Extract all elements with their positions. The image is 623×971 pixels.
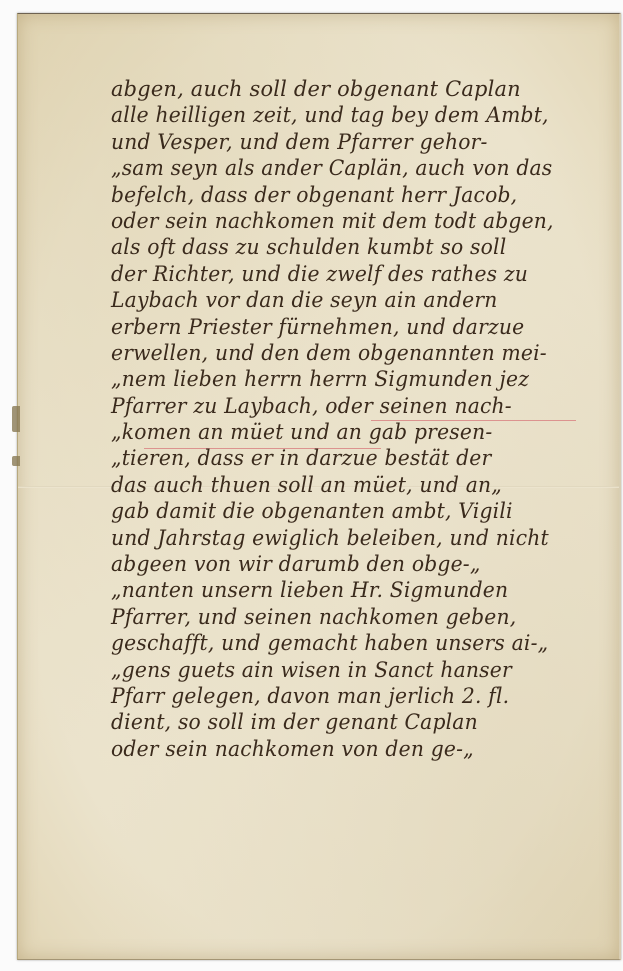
edge-tear-mark: [12, 456, 20, 466]
text-line: das auch thuen soll an müet, und an„: [111, 472, 599, 498]
text-line: Pfarr gelegen, davon man jerlich 2. fl.: [111, 683, 599, 709]
text-line: befelch, dass der obgenant herr Jacob,: [111, 182, 599, 208]
text-line: dient, so soll im der genant Caplan: [111, 709, 599, 735]
text-line: Laybach vor dan die seyn ain andern: [111, 287, 599, 313]
text-line: gab damit die obgenanten ambt, Vigili: [111, 498, 599, 524]
text-line: „sam seyn als ander Caplän, auch von das: [111, 155, 599, 181]
text-line: abgeen von wir darumb den obge-„: [111, 551, 599, 577]
text-line: „nem lieben herrn herrn Sigmunden jez: [111, 366, 599, 392]
text-line: Pfarrer zu Laybach, oder seinen nach-: [111, 393, 599, 419]
edge-tear-mark: [12, 406, 20, 432]
text-line: „komen an müet und an gab presen-: [111, 419, 599, 445]
text-line: erwellen, und den dem obgenannten mei-: [111, 340, 599, 366]
text-line: „nanten unsern lieben Hr. Sigmunden: [111, 577, 599, 603]
manuscript-text: abgen, auch soll der obgenant Caplan all…: [111, 76, 616, 762]
text-line: der Richter, und die zwelf des rathes zu: [111, 261, 599, 287]
text-line: alle heilligen zeit, und tag bey dem Amb…: [111, 102, 599, 128]
text-line: geschafft, und gemacht haben unsers ai-„: [111, 630, 599, 656]
text-line: „gens guets ain wisen in Sanct hanser: [111, 657, 599, 683]
manuscript-page: ​ abgen, auch soll der obgenant Caplan a…: [17, 13, 621, 960]
text-line: und Vesper, und dem Pfarrer gehor-: [111, 129, 599, 155]
text-line: erbern Priester fürnehmen, und darzue: [111, 314, 599, 340]
text-line: „tieren, dass er in darzue bestät der: [111, 445, 599, 471]
text-line: oder sein nachkomen mit dem todt abgen,: [111, 208, 599, 234]
scan-background: ​ abgen, auch soll der obgenant Caplan a…: [0, 0, 623, 971]
text-line: oder sein nachkomen von den ge-„: [111, 736, 599, 762]
text-line: und Jahrstag ewiglich beleiben, und nich…: [111, 525, 599, 551]
text-line: als oft dass zu schulden kumbt so soll: [111, 234, 599, 260]
text-line: abgen, auch soll der obgenant Caplan: [111, 76, 599, 102]
text-line: Pfarrer, und seinen nachkomen geben,: [111, 604, 599, 630]
